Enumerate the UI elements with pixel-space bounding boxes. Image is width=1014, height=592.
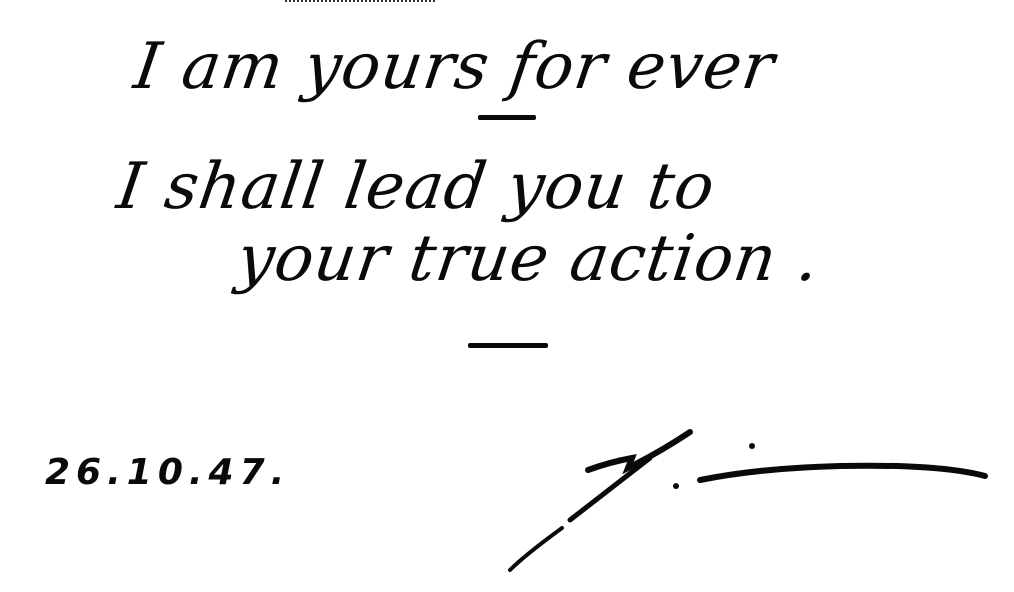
signature-icon xyxy=(0,0,1014,592)
